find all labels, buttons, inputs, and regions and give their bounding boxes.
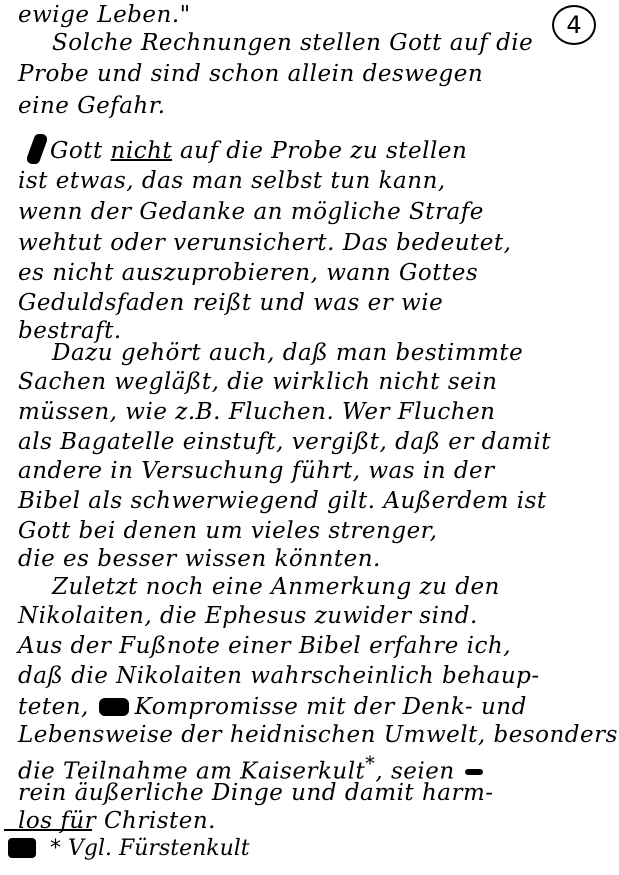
- text-segment: Kompromisse mit der Denk- und: [135, 694, 527, 720]
- footnote-divider: [4, 829, 92, 831]
- text-line: Aus der Fußnote einer Bibel erfahre ich,: [18, 631, 511, 661]
- text-line: Nikolaiten, die Ephesus zuwider sind.: [18, 601, 478, 631]
- footnote-marker: *: [365, 752, 375, 775]
- text-line: andere in Versuchung führt, was in der: [18, 456, 495, 486]
- text-line: teten, Kompromisse mit der Denk- und: [18, 692, 527, 722]
- text-line: Lebensweise der heidnischen Umwelt, beso…: [18, 720, 618, 750]
- footnote-marker: *: [50, 836, 61, 861]
- crossed-out-mark: [8, 838, 36, 858]
- text-line: Bibel als schwerwiegend gilt. Außerdem i…: [18, 486, 547, 516]
- text-line: als Bagatelle einstuft, vergißt, daß er …: [18, 427, 551, 457]
- text-line: daß die Nikolaiten wahrscheinlich behaup…: [18, 661, 540, 691]
- text-segment: auf die Probe zu stellen: [172, 138, 467, 164]
- text-line: ewige Leben.": [18, 0, 191, 30]
- text-line: Zuletzt noch eine Anmerkung zu den: [52, 572, 500, 602]
- underlined-word: nicht: [111, 138, 173, 164]
- crossed-out-mark: [465, 769, 483, 775]
- text-segment: teten,: [18, 694, 97, 720]
- crossed-out-word: [99, 698, 129, 716]
- text-line: es nicht auszuprobieren, wann Gottes: [18, 258, 478, 288]
- text-line: Geduldsfaden reißt und was er wie: [18, 288, 443, 318]
- text-line: wenn der Gedanke an mögliche Strafe: [18, 197, 484, 227]
- text-line: rein äußerliche Dinge und damit harm-: [18, 778, 494, 808]
- text-line: Sachen wegläßt, die wirklich nicht sein: [18, 367, 497, 397]
- text-line: Dazu gehört auch, daß man bestimmte: [52, 338, 523, 368]
- text-line: ist etwas, das man selbst tun kann,: [18, 166, 446, 196]
- text-line: eine Gefahr.: [18, 91, 166, 121]
- text-line: müssen, wie z.B. Fluchen. Wer Fluchen: [18, 397, 496, 427]
- text-line: Solche Rechnungen stellen Gott auf die: [52, 28, 533, 58]
- handwritten-page: 4 ewige Leben." Solche Rechnungen stelle…: [0, 0, 619, 875]
- page-number: 4: [552, 5, 596, 45]
- footnote: * Vgl. Fürstenkult: [8, 834, 250, 864]
- text-segment: Gott: [50, 138, 111, 164]
- text-line: die es besser wissen könnten.: [18, 544, 381, 574]
- footnote-text: Vgl. Fürstenkult: [68, 836, 250, 861]
- text-line: Gott bei denen um vieles strenger,: [18, 516, 437, 546]
- crossed-out-mark: [25, 134, 50, 164]
- text-line: Probe und sind schon allein deswegen: [18, 59, 483, 89]
- text-line: los für Christen.: [18, 806, 216, 836]
- text-line: Gott nicht auf die Probe zu stellen: [30, 134, 467, 166]
- text-line: wehtut oder verunsichert. Das bedeutet,: [18, 228, 511, 258]
